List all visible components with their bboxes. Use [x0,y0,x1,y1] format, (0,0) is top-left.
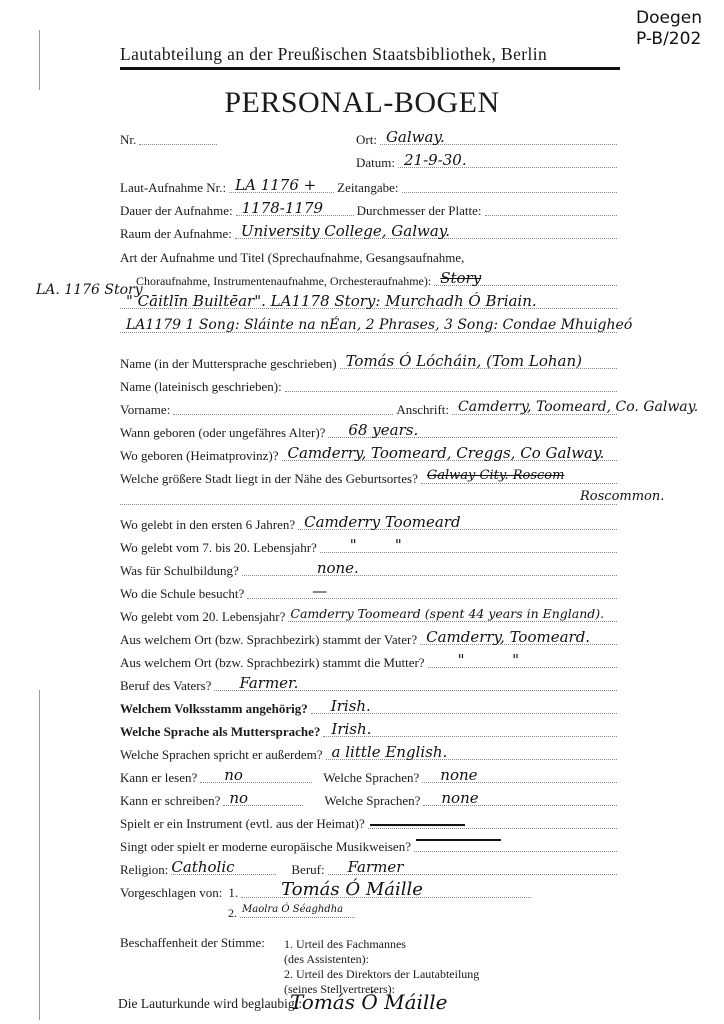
schule-label: Wo die Schule besucht? [120,584,244,604]
stimme-label: Beschaffenheit der Stimme: [120,935,265,950]
ab-20-field[interactable]: Camderry Toomeard (spent 44 years in Eng… [288,621,617,622]
page-title: PERSONAL-BOGEN [0,86,724,120]
zeitangabe-field[interactable] [402,192,618,193]
lesen-sprachen-label: Welche Sprachen? [323,768,419,788]
vorgeschlagen-num1: 1. [228,883,238,903]
geboren-field[interactable]: 68 years. [328,437,617,438]
field-instrument: Spielt er ein Instrument (evtl. aus der … [120,814,620,834]
erste-jahre-value: Camderry Toomeard [304,512,460,532]
institution-header: Lautabteilung an der Preußischen Staatsb… [120,44,620,70]
vorname-label: Vorname: [120,400,170,420]
urteil-1-line2: (des Assistenten): [284,952,406,967]
volksstamm-field[interactable]: Irish. [311,713,617,714]
sprachen-field[interactable]: a little English. [326,759,617,760]
dauer-field[interactable]: 1178-1179 [236,215,354,216]
stadt-field[interactable]: Galway City. Roscom [421,483,617,484]
beruf-vater-field[interactable]: Farmer. [214,690,617,691]
ort-vater-label: Aus welchem Ort (bzw. Sprachbezirk) stam… [120,630,417,650]
schreiben-sprachen-value: none [441,788,478,808]
instrument-dash [370,824,465,826]
archive-ref-line2: P-B/202 [636,29,702,50]
vorgeschlagen-label: Vorgeschlagen von: [120,883,222,903]
muttersprache-value: Irish. [331,719,371,739]
muttersprache-field[interactable]: Irish. [323,736,617,737]
field-religion: Religion: Catholic Beruf: Farmer [120,860,620,880]
field-name-latein: Name (lateinisch geschrieben): [120,377,620,397]
musik-dash [416,839,501,841]
zeitangabe-label: Zeitangabe: [337,178,398,198]
field-erste-jahre: Wo gelebt in den ersten 6 Jahren? Camder… [120,515,620,535]
anschrift-label: Anschrift: [396,400,449,420]
archive-reference: Doegen P-B/202 [636,8,702,50]
stadt-struck-value: Galway City. Roscom [427,466,565,486]
art-struck-value: Story [440,268,481,288]
beruf-field[interactable]: Farmer [328,874,617,875]
datum-value: 21-9-30. [404,150,467,170]
schule-field[interactable]: — [247,598,617,599]
lesen-sprachen-value: none [440,765,477,785]
urteil-2-line1: 2. Urteil des Direktors der Lautabteilun… [284,967,479,982]
schreiben-field[interactable]: no [223,805,303,806]
art-line1: Art der Aufnahme und Titel (Sprechaufnah… [120,248,620,268]
field-jahre-7-20: Wo gelebt vom 7. bis 20. Lebensjahr? " " [120,538,620,558]
field-wo-geboren: Wo geboren (Heimatprovinz)? Camderry, To… [120,446,620,466]
stadt-field-2[interactable]: Roscommon. [120,504,617,505]
religion-label: Religion: [120,860,168,880]
field-schreiben: Kann er schreiben? no Welche Sprachen? n… [120,791,620,811]
field-dauer: Dauer der Aufnahme: 1178-1179 Durchmesse… [120,201,620,221]
muttersprache-label: Welche Sprache als Muttersprache? [120,722,320,742]
ort-label: Ort: [356,130,377,150]
volksstamm-value: Irish. [331,696,371,716]
art-line2: Choraufnahme, Instrumentenaufnahme, Orch… [136,271,620,291]
field-vorname: Vorname: Anschrift: Camderry, Toomeard, … [120,400,620,420]
datum-field[interactable]: 21-9-30. [398,167,617,168]
anschrift-field[interactable]: Camderry, Toomeard, Co. Galway. [452,414,617,415]
field-schulbildung: Was für Schulbildung? none. [120,561,620,581]
laut-aufnahme-value: LA 1176 + [235,175,316,195]
field-volksstamm: Welchem Volksstamm angehörig? Irish. [120,699,620,719]
raum-label: Raum der Aufnahme: [120,224,232,244]
title-value-2: LA1179 1 Song: Sláinte na nÉan, 2 Phrase… [126,315,632,335]
schreiben-label: Kann er schreiben? [120,791,220,811]
stadt-continuation: Roscommon. [120,490,620,510]
anschrift-value: Camderry, Toomeard, Co. Galway. [458,397,698,417]
field-schule: Wo die Schule besucht? — [120,584,620,604]
raum-field[interactable]: University College, Galway. [235,238,617,239]
vorgeschlagen-field-2[interactable]: Maolra Ó Séaghdha [240,917,355,918]
field-beruf-vater: Beruf des Vaters? Farmer. [120,676,620,696]
name-mutter-value: Tomás Ó Lócháin, (Tom Lohan) [346,351,582,371]
erste-jahre-label: Wo gelebt in den ersten 6 Jahren? [120,515,295,535]
vorgeschlagen-field-1[interactable]: Tomás Ó Máille [241,897,531,898]
vorgeschlagen-value-2: Maolra Ó Séaghdha [242,900,343,920]
name-latein-field[interactable] [285,391,617,392]
name-mutter-label: Name (in der Muttersprache geschrieben) [120,354,337,374]
field-ab-20: Wo gelebt vom 20. Lebensjahr? Camderry T… [120,607,620,627]
lesen-sprachen-field[interactable]: none [422,782,617,783]
ab-20-label: Wo gelebt vom 20. Lebensjahr? [120,607,285,627]
vorgeschlagen-num2: 2. [228,903,237,923]
vorname-field[interactable] [173,414,393,415]
field-laut-aufnahme: Laut-Aufnahme Nr.: LA 1176 + Zeitangabe: [120,178,620,198]
durchmesser-field[interactable] [485,215,617,216]
beruf-label: Beruf: [291,860,324,880]
musik-label: Singt oder spielt er moderne europäische… [120,837,411,857]
name-latein-label: Name (lateinisch geschrieben): [120,377,282,397]
title-field-1[interactable]: " Cāitlīn Builtēar". LA1178 Story: Murch… [120,308,617,309]
field-datum: Datum: 21-9-30. [356,153,620,173]
stimme-urteil-1: 1. Urteil des Fachmannes (des Assistente… [284,937,406,967]
schulbildung-field[interactable]: none. [242,575,617,576]
ort-mutter-value: " " [458,650,519,670]
beruf-vater-value: Farmer. [239,673,298,693]
geboren-label: Wann geboren (oder ungefähres Alter)? [120,423,325,443]
sprachen-label: Welche Sprachen spricht er außerdem? [120,745,323,765]
title-value-1: " Cāitlīn Builtēar". LA1178 Story: Murch… [126,291,537,311]
title-field-2[interactable]: LA1179 1 Song: Sláinte na nÉan, 2 Phrase… [120,332,617,333]
religion-field[interactable]: Catholic [171,874,276,875]
wo-geboren-value: Camderry, Toomeard, Creggs, Co Galway. [288,443,605,463]
schulbildung-value: none. [317,558,359,578]
religion-value: Catholic [171,857,234,877]
wo-geboren-field[interactable]: Camderry, Toomeard, Creggs, Co Galway. [282,460,617,461]
nr-field[interactable] [139,144,217,145]
schreiben-sprachen-label: Welche Sprachen? [324,791,420,811]
laut-aufnahme-field[interactable]: LA 1176 + [229,192,334,193]
art-label-1: Art der Aufnahme und Titel (Sprechaufnah… [120,248,464,268]
signature: Tomás Ó Máille [290,990,448,1014]
art-field[interactable]: Story [434,285,617,286]
stadt-label: Welche größere Stadt liegt in der Nähe d… [120,469,418,489]
archive-ref-line1: Doegen [636,8,702,29]
durchmesser-label: Durchmesser der Platte: [357,201,482,221]
title-line1: " Cāitlīn Builtēar". LA1178 Story: Murch… [120,294,620,314]
lesen-value: no [224,765,243,785]
instrument-label: Spielt er ein Instrument (evtl. aus der … [120,814,365,834]
field-name-mutter: Name (in der Muttersprache geschrieben) … [120,354,620,374]
dauer-value: 1178-1179 [242,198,323,218]
ort-field[interactable]: Galway. [380,144,617,145]
schulbildung-label: Was für Schulbildung? [120,561,239,581]
field-musik: Singt oder spielt er moderne europäische… [120,837,620,857]
volksstamm-label: Welchem Volksstamm angehörig? [120,699,308,719]
jahre-7-20-field[interactable]: " " [320,552,617,553]
vorgeschlagen-value-1: Tomás Ó Máille [281,880,423,900]
musik-field[interactable] [414,851,617,852]
laut-aufnahme-label: Laut-Aufnahme Nr.: [120,178,226,198]
field-stadt: Welche größere Stadt liegt in der Nähe d… [120,469,620,489]
ort-mutter-field[interactable]: " " [428,667,617,668]
field-vorgeschlagen-1: Vorgeschlagen von: 1. Tomás Ó Máille [120,883,620,903]
jahre-7-20-label: Wo gelebt vom 7. bis 20. Lebensjahr? [120,538,317,558]
jahre-7-20-value: " " [350,535,402,555]
erste-jahre-field[interactable]: Camderry Toomeard [298,529,617,530]
ab-20-value: Camderry Toomeard (spent 44 years in Eng… [290,604,604,624]
stadt-value: Roscommon. [580,487,664,507]
name-mutter-field[interactable]: Tomás Ó Lócháin, (Tom Lohan) [340,368,617,369]
art-label-2: Choraufnahme, Instrumentenaufnahme, Orch… [136,271,431,291]
wo-geboren-label: Wo geboren (Heimatprovinz)? [120,446,279,466]
field-ort-vater: Aus welchem Ort (bzw. Sprachbezirk) stam… [120,630,620,650]
beglaubigt-label: Die Lauturkunde wird beglaubigt: [118,996,302,1011]
schreiben-value: no [229,788,248,808]
geboren-value: 68 years. [348,420,418,440]
field-lesen: Kann er lesen? no Welche Sprachen? none [120,768,620,788]
field-geboren: Wann geboren (oder ungefähres Alter)? 68… [120,423,620,443]
schreiben-sprachen-field[interactable]: none [423,805,617,806]
field-ort: Ort: Galway. [356,130,620,150]
nr-label: Nr. [120,130,136,150]
beruf-vater-label: Beruf des Vaters? [120,676,211,696]
beruf-value: Farmer [348,857,404,877]
field-raum: Raum der Aufnahme: University College, G… [120,224,620,244]
sprachen-value: a little English. [332,742,448,762]
margin-rule-top [39,30,40,90]
instrument-field[interactable] [368,828,617,829]
title-line2: LA1179 1 Song: Sláinte na nÉan, 2 Phrase… [120,318,620,338]
lesen-label: Kann er lesen? [120,768,197,788]
raum-value: University College, Galway. [241,221,450,241]
field-ort-mutter: Aus welchem Ort (bzw. Sprachbezirk) stam… [120,653,620,673]
lesen-field[interactable]: no [200,782,312,783]
ort-vater-value: Camderry, Toomeard. [426,627,590,647]
schule-value: — [312,581,327,601]
ort-value: Galway. [386,127,445,147]
field-nr: Nr. [120,130,220,150]
field-muttersprache: Welche Sprache als Muttersprache? Irish. [120,722,620,742]
field-vorgeschlagen-2: 2. Maolra Ó Séaghdha [228,903,358,923]
field-sprachen: Welche Sprachen spricht er außerdem? a l… [120,745,620,765]
urteil-1-line1: 1. Urteil des Fachmannes [284,937,406,952]
datum-label: Datum: [356,153,395,173]
ort-vater-field[interactable]: Camderry, Toomeard. [420,644,617,645]
dauer-label: Dauer der Aufnahme: [120,201,233,221]
margin-rule [39,690,40,1020]
ort-mutter-label: Aus welchem Ort (bzw. Sprachbezirk) stam… [120,653,425,673]
